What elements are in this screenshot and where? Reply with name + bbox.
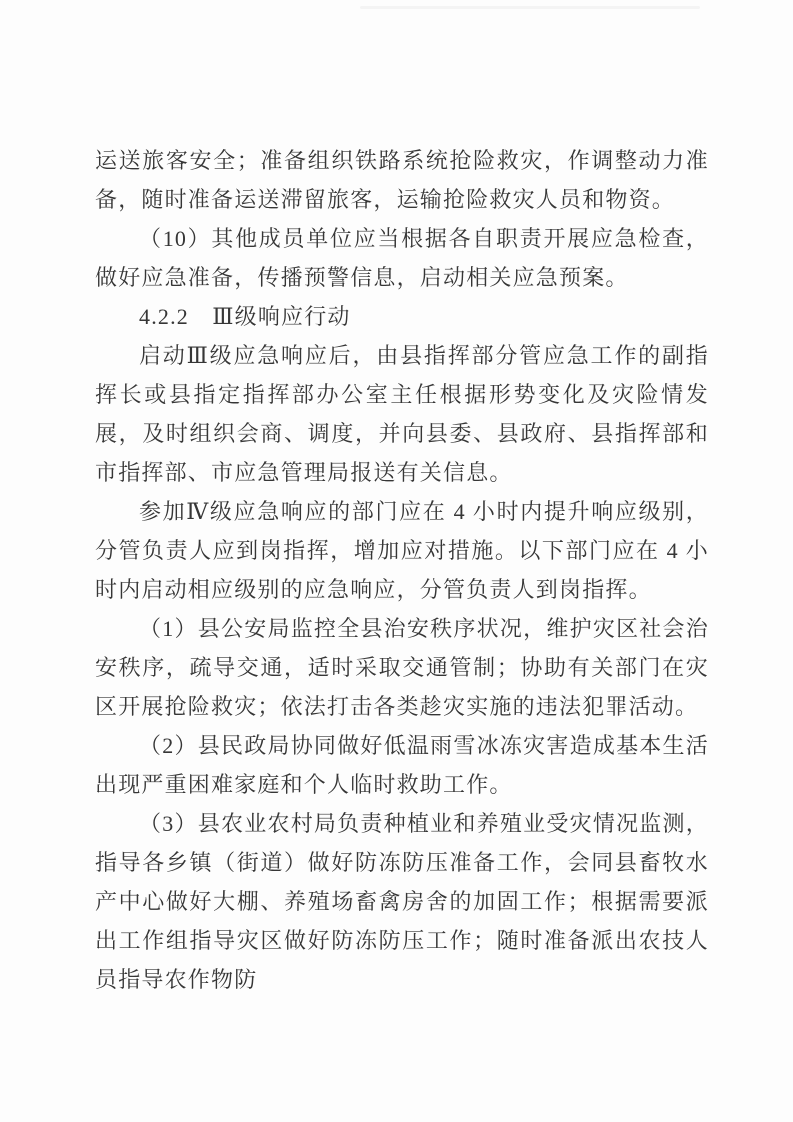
carryover-paragraph: 运送旅客安全；准备组织铁路系统抢险救灾，作调整动力准备，随时准备运送滞留旅客，运…	[95, 141, 709, 219]
section-heading: 4.2.2 Ⅲ级响应行动	[95, 297, 709, 336]
list-item-3-paragraph: （3）县农业农村局负责种植业和养殖业受灾情况监测，指导各乡镇（街道）做好防冻防压…	[95, 804, 709, 999]
list-item-2-paragraph: （2）县民政局协同做好低温雨雪冰冻灾害造成基本生活出现严重困难家庭和个人临时救助…	[95, 726, 709, 804]
document-page: 运送旅客安全；准备组织铁路系统抢险救灾，作调整动力准备，随时准备运送滞留旅客，运…	[0, 0, 793, 1122]
list-item-10-paragraph: （10）其他成员单位应当根据各自职责开展应急检查，做好应急准备，传播预警信息，启…	[95, 219, 709, 297]
scan-artifact	[360, 6, 700, 9]
body-paragraph-level4-departments: 参加Ⅳ级应急响应的部门应在 4 小时内提升响应级别，分管负责人应到岗指挥，增加应…	[95, 492, 709, 609]
body-paragraph-level3-activation: 启动Ⅲ级应急响应后，由县指挥部分管应急工作的副指挥长或县指定指挥部办公室主任根据…	[95, 336, 709, 492]
list-item-1-paragraph: （1）县公安局监控全县治安秩序状况，维护灾区社会治安秩序，疏导交通，适时采取交通…	[95, 609, 709, 726]
document-content: 运送旅客安全；准备组织铁路系统抢险救灾，作调整动力准备，随时准备运送滞留旅客，运…	[95, 141, 709, 999]
